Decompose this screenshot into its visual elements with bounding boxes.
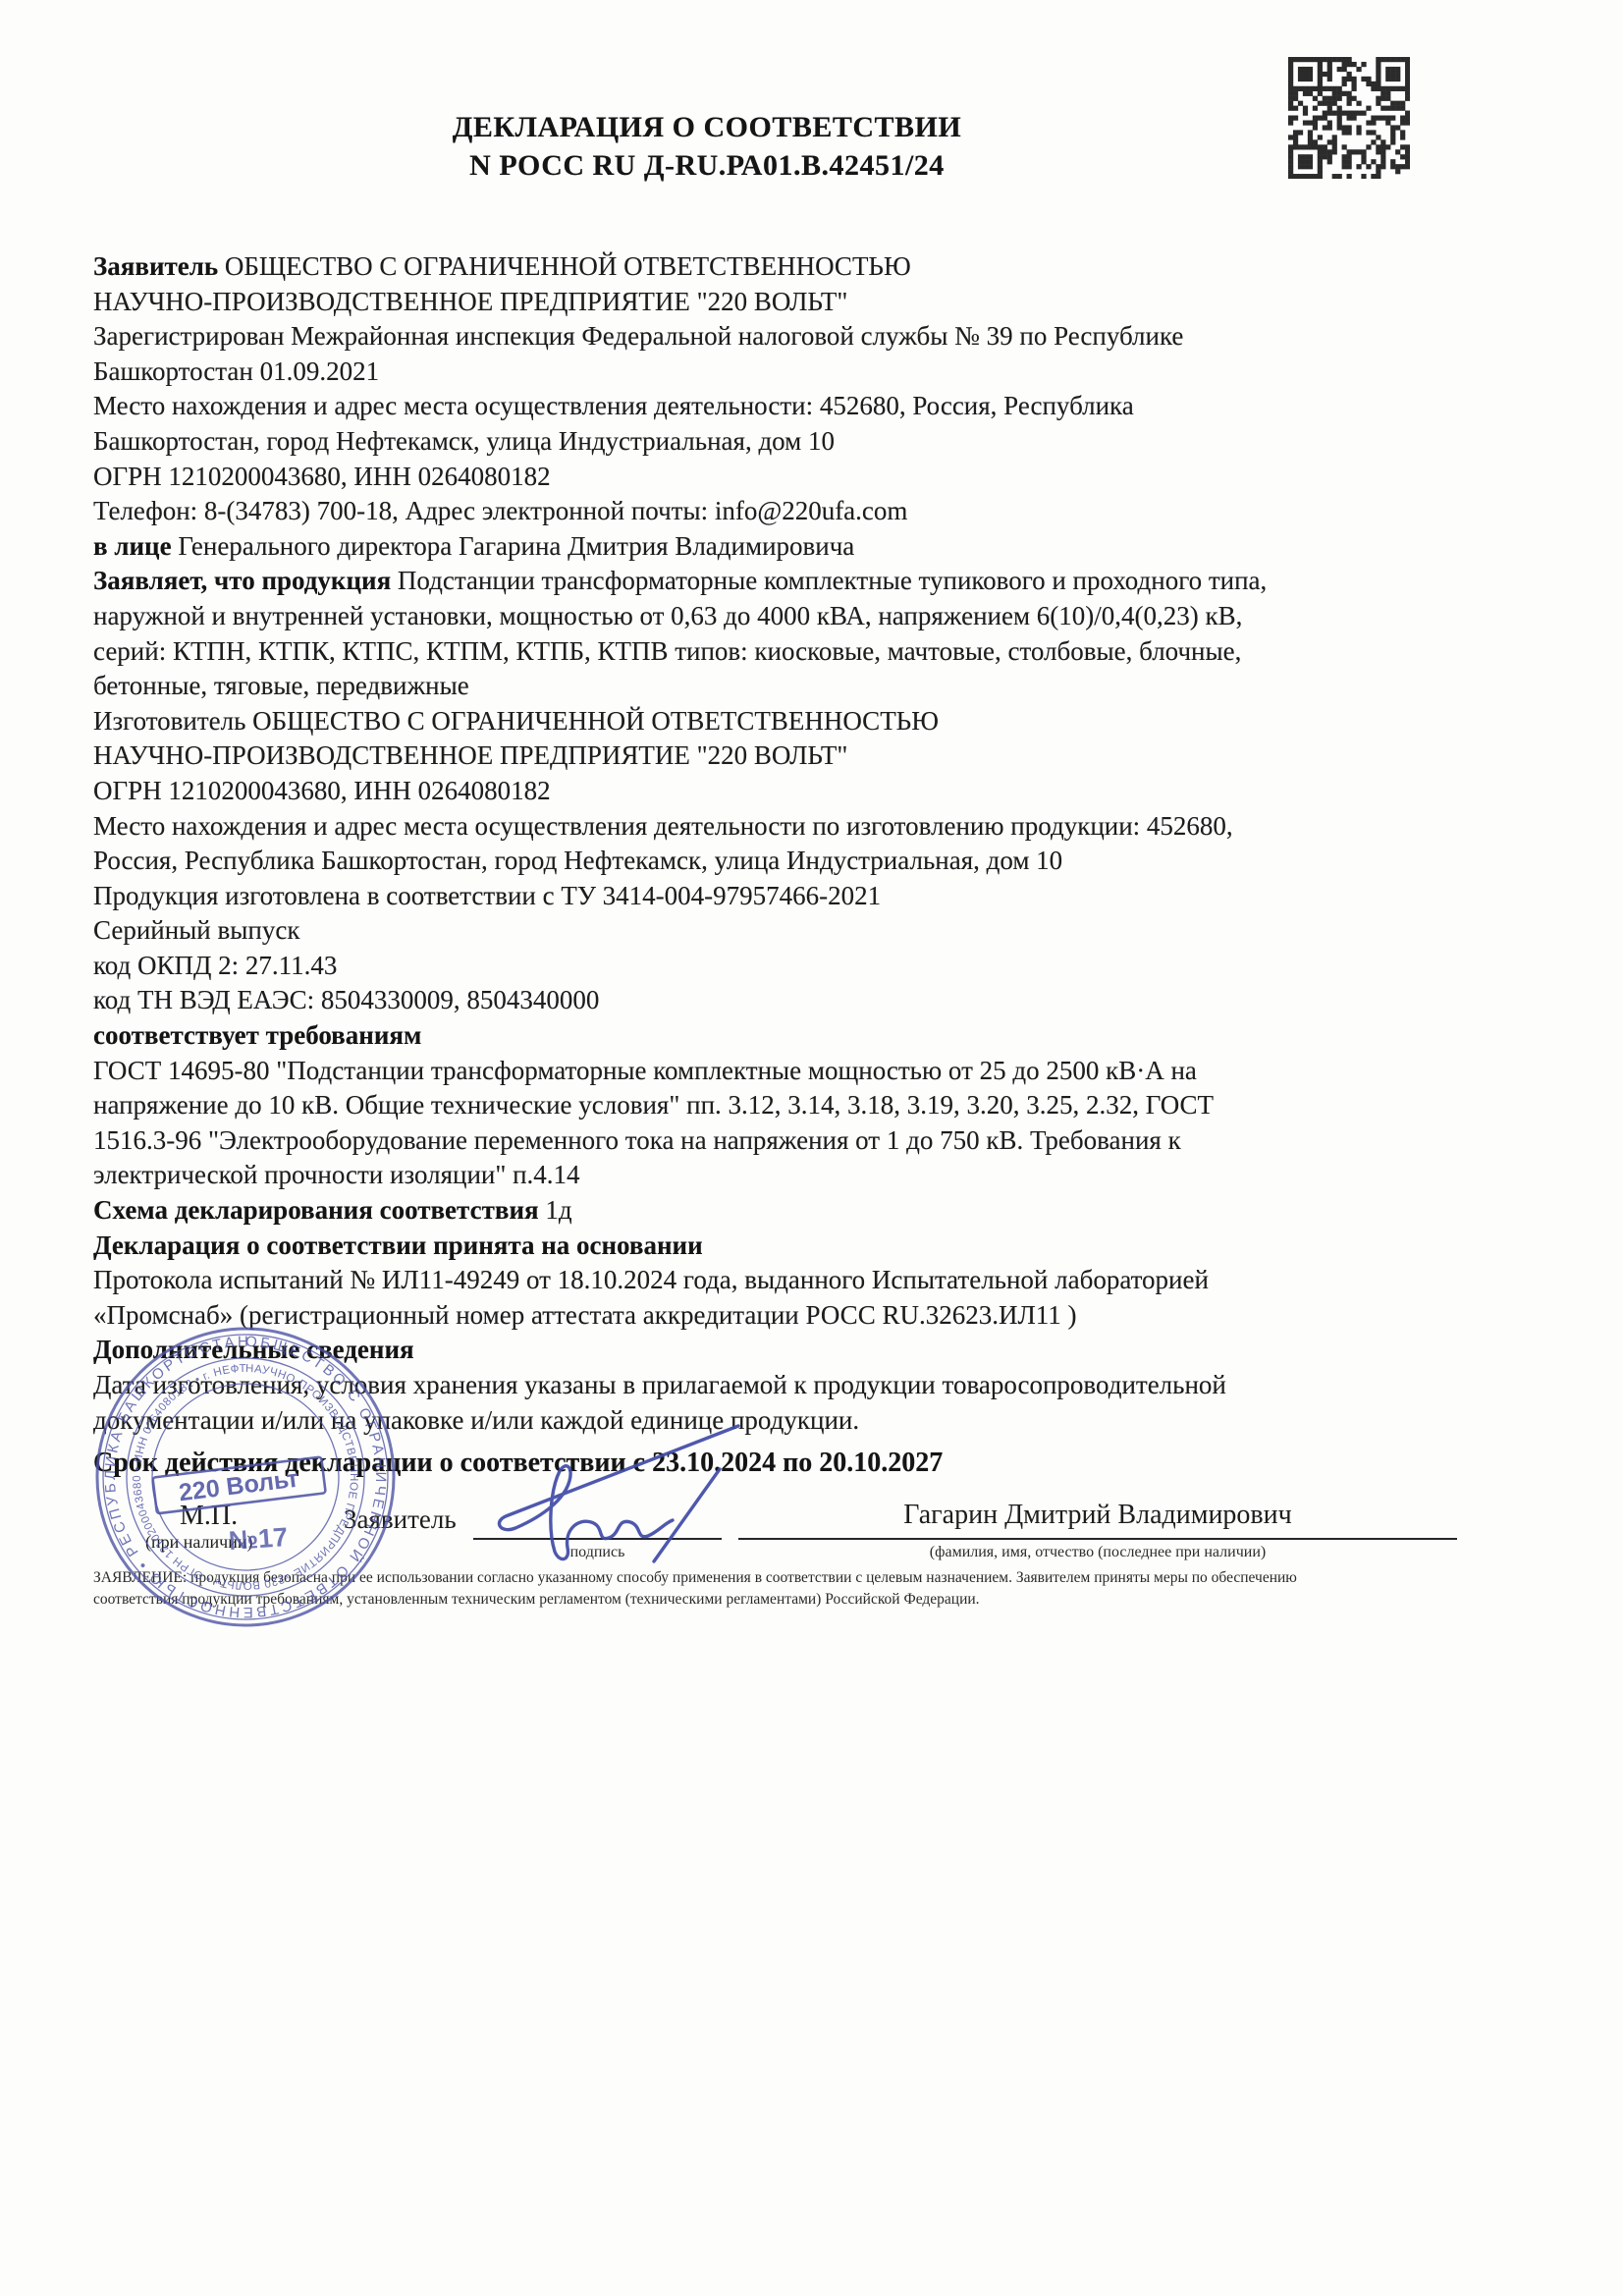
body-line: ОГРН 1210200043680, ИНН 0264080182 bbox=[93, 774, 1468, 809]
holder-name-line bbox=[738, 1538, 1457, 1540]
stamp-place-label: М.П. bbox=[180, 1501, 238, 1532]
body-line: Схема декларирования соответствия 1д bbox=[93, 1193, 1468, 1229]
body-text: Заявитель ОБЩЕСТВО С ОГРАНИЧЕННОЙ ОТВЕТС… bbox=[93, 249, 1468, 1438]
title-line-1: ДЕКЛАРАЦИЯ О СООТВЕТСТВИИ bbox=[93, 108, 1321, 146]
body-line: документации и/или на упаковке и/или каж… bbox=[93, 1403, 1468, 1439]
body-line: Изготовитель ОБЩЕСТВО С ОГРАНИЧЕННОЙ ОТВ… bbox=[93, 704, 1468, 739]
body-line: Башкортостан 01.09.2021 bbox=[93, 355, 1468, 390]
declaration-document: ДЕКЛАРАЦИЯ О СООТВЕТСТВИИ N РОСС RU Д-RU… bbox=[0, 0, 1623, 2296]
body-line: Заявляет, что продукция Подстанции транс… bbox=[93, 564, 1468, 599]
body-line: Продукция изготовлена в соответствии с Т… bbox=[93, 879, 1468, 914]
legal-footnote: ЗАЯВЛЕНИЕ: продукция безопасна при ее ис… bbox=[93, 1567, 1497, 1611]
body-line: 1516.3-96 "Электрооборудование переменно… bbox=[93, 1123, 1468, 1159]
body-line: Башкортостан, город Нефтекамск, улица Ин… bbox=[93, 424, 1468, 460]
body-line: серий: КТПН, КТПК, КТПС, КТПМ, КТПБ, КТП… bbox=[93, 634, 1468, 670]
body-line: наружной и внутренней установки, мощност… bbox=[93, 599, 1468, 634]
holder-name-caption: (фамилия, имя, отчество (последнее при н… bbox=[738, 1544, 1457, 1561]
holder-name: Гагарин Дмитрий Владимирович bbox=[738, 1500, 1457, 1531]
title-line-2: N РОСС RU Д-RU.РА01.В.42451/24 bbox=[93, 146, 1321, 185]
applicant-label: Заявитель bbox=[344, 1504, 457, 1535]
body-line: НАУЧНО-ПРОИЗВОДСТВЕННОЕ ПРЕДПРИЯТИЕ "220… bbox=[93, 738, 1468, 774]
body-line: Дата изготовления, условия хранения указ… bbox=[93, 1368, 1468, 1403]
signature-line bbox=[473, 1538, 722, 1540]
body-line: в лице Генерального директора Гагарина Д… bbox=[93, 529, 1468, 565]
body-line: ГОСТ 14695-80 "Подстанции трансформаторн… bbox=[93, 1054, 1468, 1089]
body-line: напряжение до 10 кВ. Общие технические у… bbox=[93, 1088, 1468, 1123]
body-line: Зарегистрирован Межрайонная инспекция Фе… bbox=[93, 319, 1468, 355]
legal-footnote-line-2: соответствия продукции требованиям, уста… bbox=[93, 1589, 1497, 1611]
body-line: Место нахождения и адрес места осуществл… bbox=[93, 809, 1468, 845]
document-title: ДЕКЛАРАЦИЯ О СООТВЕТСТВИИ N РОСС RU Д-RU… bbox=[93, 108, 1321, 185]
body-line: Заявитель ОБЩЕСТВО С ОГРАНИЧЕННОЙ ОТВЕТС… bbox=[93, 249, 1468, 285]
signature-stroke bbox=[499, 1426, 738, 1561]
body-line: бетонные, тяговые, передвижные bbox=[93, 669, 1468, 704]
signature-caption: подпись bbox=[473, 1544, 722, 1561]
body-line: ОГРН 1210200043680, ИНН 0264080182 bbox=[93, 460, 1468, 495]
body-line: Россия, Республика Башкортостан, город Н… bbox=[93, 844, 1468, 879]
body-line: Протокола испытаний № ИЛ11-49249 от 18.1… bbox=[93, 1263, 1468, 1298]
stamp-place-note: (при наличии) bbox=[145, 1532, 252, 1553]
body-line: соответствует требованиям bbox=[93, 1018, 1468, 1054]
body-line: Дополнительные сведения bbox=[93, 1333, 1468, 1368]
body-line: Место нахождения и адрес места осуществл… bbox=[93, 389, 1468, 424]
body-line: Телефон: 8-(34783) 700-18, Адрес электро… bbox=[93, 494, 1468, 529]
body-line: «Промснаб» (регистрационный номер аттест… bbox=[93, 1298, 1468, 1334]
body-line: код ОКПД 2: 27.11.43 bbox=[93, 949, 1468, 984]
body-line: Декларация о соответствии принята на осн… bbox=[93, 1229, 1468, 1264]
body-line: Серийный выпуск bbox=[93, 913, 1468, 949]
body-line: электрической прочности изоляции" п.4.14 bbox=[93, 1158, 1468, 1193]
body-line: НАУЧНО-ПРОИЗВОДСТВЕННОЕ ПРЕДПРИЯТИЕ "220… bbox=[93, 285, 1468, 320]
validity-period: Срок действия декларации о соответствии … bbox=[93, 1448, 943, 1479]
body-line: код ТН ВЭД ЕАЭС: 8504330009, 8504340000 bbox=[93, 983, 1468, 1018]
legal-footnote-line-1: ЗАЯВЛЕНИЕ: продукция безопасна при ее ис… bbox=[93, 1567, 1497, 1589]
